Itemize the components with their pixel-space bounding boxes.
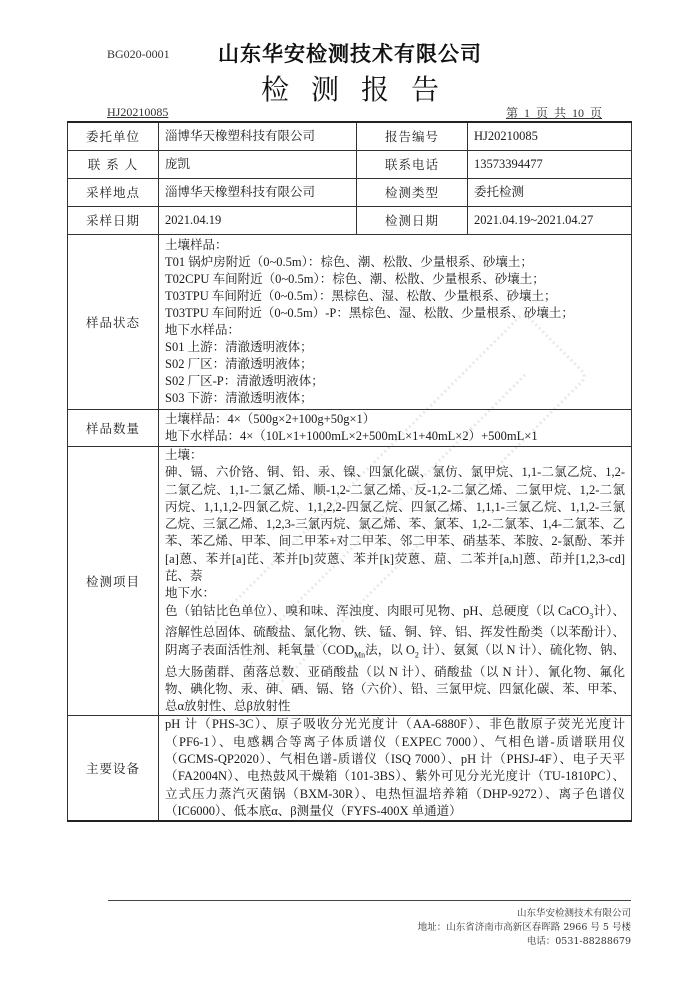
soil-test-items: 砷、镉、六价铬、铜、铅、汞、镍、四氯化碳、氯仿、氯甲烷、1,1-二氯乙烷、1,2… bbox=[165, 464, 625, 585]
document-title: 检测报告 bbox=[0, 68, 700, 108]
list-item: 土壤样品： bbox=[165, 237, 625, 254]
label-phone: 联系电话 bbox=[357, 151, 468, 179]
label-test-type: 检测类型 bbox=[357, 179, 468, 207]
table-row-equipment: 主要设备 pH 计（PHS-3C）、原子吸收分光光度计（AA-6880F）、非色… bbox=[68, 716, 632, 821]
test-items-content: 土壤： 砷、镉、六价铬、铜、铅、汞、镍、四氯化碳、氯仿、氯甲烷、1,1-二氯乙烷… bbox=[159, 447, 632, 716]
label-sampling-date: 采样日期 bbox=[68, 207, 159, 235]
label-test-items: 检测项目 bbox=[68, 447, 159, 716]
value-sampling-date: 2021.04.19 bbox=[159, 207, 357, 235]
label-sample-quantity: 样品数量 bbox=[68, 410, 159, 447]
label-test-date: 检测日期 bbox=[357, 207, 468, 235]
value-contact: 庞凯 bbox=[159, 151, 357, 179]
label-sample-status: 样品状态 bbox=[68, 235, 159, 410]
footer-address: 地址：山东省济南市高新区春晖路 2966 号 5 号楼 bbox=[418, 919, 631, 933]
value-sampling-site: 淄博华天橡塑科技有限公司 bbox=[159, 179, 357, 207]
value-report-number: HJ20210085 bbox=[468, 122, 632, 151]
table-row: 联 系 人 庞凯 联系电话 13573394477 bbox=[68, 151, 632, 179]
sample-quantity-list: 土壤样品：4×（500g×2+100g+50g×1） 地下水样品：4×（10L×… bbox=[159, 410, 632, 447]
report-number-header: HJ20210085 bbox=[107, 105, 168, 120]
label-contact: 联 系 人 bbox=[68, 151, 159, 179]
label-sampling-site: 采样地点 bbox=[68, 179, 159, 207]
list-item: S02 厂区：清澈透明液体； bbox=[165, 356, 625, 373]
equipment-list: pH 计（PHS-3C）、原子吸收分光光度计（AA-6880F）、非色散原子荧光… bbox=[159, 716, 632, 821]
value-phone: 13573394477 bbox=[468, 151, 632, 179]
table-row-sample-status: 样品状态 土壤样品： T01 锅炉房附近（0~0.5m）：棕色、潮、松散、少量根… bbox=[68, 235, 632, 410]
table-row-sample-quantity: 样品数量 土壤样品：4×（500g×2+100g+50g×1） 地下水样品：4×… bbox=[68, 410, 632, 447]
value-test-date: 2021.04.19~2021.04.27 bbox=[468, 207, 632, 235]
footer-phone: 电话：0531-88288679 bbox=[527, 933, 631, 947]
soil-heading: 土壤： bbox=[165, 447, 625, 464]
report-info-table: 委托单位 淄博华天橡塑科技有限公司 报告编号 HJ20210085 联 系 人 … bbox=[67, 121, 632, 822]
label-report-number: 报告编号 bbox=[357, 122, 468, 151]
groundwater-test-items: 色（铂钴比色单位）、嗅和味、浑浊度、肉眼可见物、pH、总硬度（以 CaCO3计）… bbox=[165, 603, 625, 716]
list-item: S02 厂区-P：清澈透明液体； bbox=[165, 373, 625, 390]
value-client: 淄博华天橡塑科技有限公司 bbox=[159, 122, 357, 151]
company-name-header: 山东华安检测技术有限公司 bbox=[0, 38, 700, 68]
table-row: 采样日期 2021.04.19 检测日期 2021.04.19~2021.04.… bbox=[68, 207, 632, 235]
list-item: T03TPU 车间附近（0~0.5m）-P：黑棕色、湿、松散、少量根系、砂壤土； bbox=[165, 305, 625, 322]
list-item: 地下水样品： bbox=[165, 322, 625, 339]
list-item: T02CPU 车间附近（0~0.5m）：棕色、潮、松散、少量根系、砂壤土； bbox=[165, 271, 625, 288]
list-item: S01 上游：清澈透明液体； bbox=[165, 339, 625, 356]
value-test-type: 委托检测 bbox=[468, 179, 632, 207]
footer-company: 山东华安检测技术有限公司 bbox=[517, 905, 631, 919]
list-item: T01 锅炉房附近（0~0.5m）：棕色、潮、松散、少量根系、砂壤土； bbox=[165, 254, 625, 271]
list-item: T03TPU 车间附近（0~0.5m）：黑棕色、湿、松散、少量根系、砂壤土； bbox=[165, 288, 625, 305]
table-row: 委托单位 淄博华天橡塑科技有限公司 报告编号 HJ20210085 bbox=[68, 122, 632, 151]
table-row: 采样地点 淄博华天橡塑科技有限公司 检测类型 委托检测 bbox=[68, 179, 632, 207]
page-indicator: 第 1 页 共 10 页 bbox=[506, 104, 602, 121]
list-item: 地下水样品：4×（10L×1+1000mL×2+500mL×1+40mL×2）+… bbox=[165, 428, 625, 445]
table-row-test-items: 检测项目 土壤： 砷、镉、六价铬、铜、铅、汞、镍、四氯化碳、氯仿、氯甲烷、1,1… bbox=[68, 447, 632, 716]
label-client: 委托单位 bbox=[68, 122, 159, 151]
list-item: S03 下游：清澈透明液体； bbox=[165, 390, 625, 407]
footer-divider bbox=[108, 900, 631, 901]
groundwater-heading: 地下水： bbox=[165, 585, 625, 602]
label-equipment: 主要设备 bbox=[68, 716, 159, 821]
list-item: 土壤样品：4×（500g×2+100g+50g×1） bbox=[165, 411, 625, 428]
sample-status-list: 土壤样品： T01 锅炉房附近（0~0.5m）：棕色、潮、松散、少量根系、砂壤土… bbox=[159, 235, 632, 410]
